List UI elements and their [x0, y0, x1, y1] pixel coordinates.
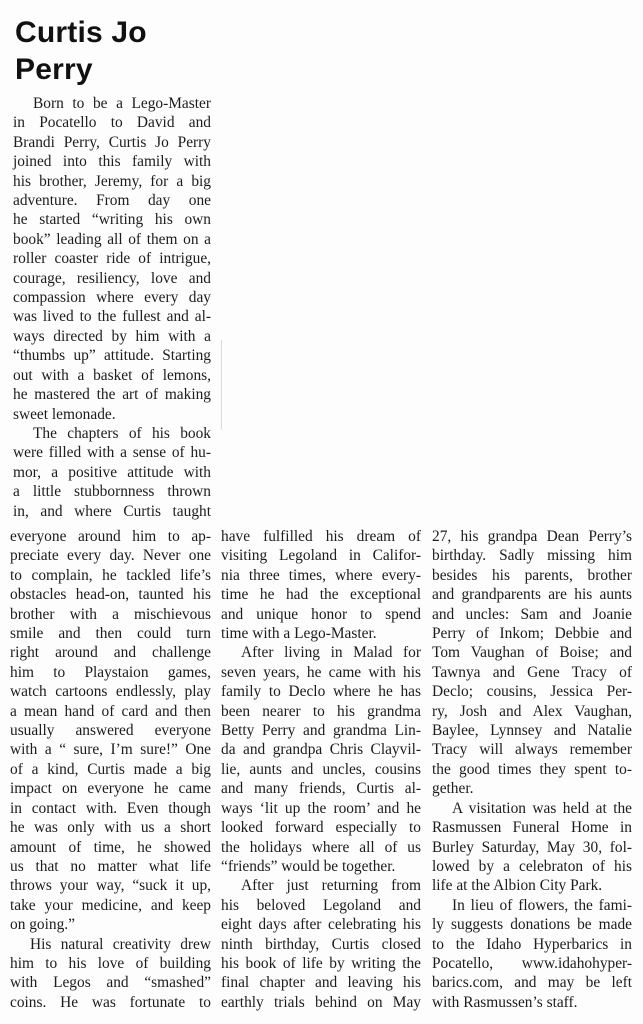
text-line: ly suggests donations be made — [432, 915, 632, 934]
text-line: earthly trials behind on May — [221, 993, 421, 1012]
text-line: After just returning from — [221, 876, 421, 895]
text-line: impact on everyone he came — [10, 779, 211, 798]
text-line: were filled with a sense of hu- — [13, 443, 211, 462]
text-line: Perry of Inkom; Debbie and — [432, 624, 632, 643]
text-line: and many friends, Curtis al- — [221, 779, 421, 798]
text-line: us that no matter what life — [10, 857, 211, 876]
text-line: sweet lemonade. — [13, 405, 211, 424]
text-line: and unique honor to spend — [221, 605, 421, 624]
text-line: Rasmussen Funeral Home in — [432, 818, 632, 837]
text-line: A visitation was held at the — [432, 799, 632, 818]
text-line: ways directed by him with a — [13, 327, 211, 346]
text-line: ninth birthday, Curtis closed — [221, 935, 421, 954]
text-line: of a kind, Curtis made a big — [10, 760, 211, 779]
text-line: his book of life by writing the — [221, 954, 421, 973]
text-line: gether. — [432, 779, 632, 798]
column-1-top: Born to be a Lego-Masterin Pocatello to … — [13, 94, 211, 521]
text-line: 27, his grandpa Dean Perry’s — [432, 527, 632, 546]
text-line: time he had the exceptional — [221, 585, 421, 604]
text-line: besides his parents, brother — [432, 566, 632, 585]
text-line: lowed by a celebraton of his — [432, 857, 632, 876]
text-line: Declo; cousins, Jessica Per- — [432, 682, 632, 701]
text-line: final chapter and leaving his — [221, 973, 421, 992]
text-line: out with a basket of lemons, — [13, 366, 211, 385]
text-line: he was only with us a short — [10, 818, 211, 837]
text-line: nia three times, where every- — [221, 566, 421, 585]
text-line: birthday. Sadly missing him — [432, 546, 632, 565]
text-line: visiting Legoland in Califor- — [221, 546, 421, 565]
text-line: The chapters of his book — [13, 424, 211, 443]
text-line: been nearer to his grandma — [221, 702, 421, 721]
text-line: looked forward especially to — [221, 818, 421, 837]
text-line: watch cartoons endlessly, play — [10, 682, 211, 701]
text-line: everyone around him to ap- — [10, 527, 211, 546]
text-line: in, and where Curtis taught — [13, 502, 211, 521]
text-line: In lieu of flowers, the fami- — [432, 896, 632, 915]
text-line: Tom Vaughan of Boise; and — [432, 643, 632, 662]
text-line: eight days after celebrating his — [221, 915, 421, 934]
column-divider — [221, 340, 222, 430]
text-line: a mean hand of card and then — [10, 702, 211, 721]
text-line: the good times they spent to- — [432, 760, 632, 779]
text-line: have fulfilled his dream of — [221, 527, 421, 546]
text-line: to complain, he tackled life’s — [10, 566, 211, 585]
title-line-1: Curtis Jo — [15, 16, 147, 49]
text-line: he started “writing his own — [13, 210, 211, 229]
text-line: his beloved Legoland and — [221, 896, 421, 915]
text-line: was lived to the fullest and al- — [13, 307, 211, 326]
text-line: Baylee, Lynnsey and Natalie — [432, 721, 632, 740]
text-line: him to his love of building — [10, 954, 211, 973]
text-line: courage, resiliency, love and — [13, 269, 211, 288]
text-line: smile and then could turn — [10, 624, 211, 643]
text-line: Brandi Perry, Curtis Jo Perry — [13, 133, 211, 152]
text-line: Betty Perry and grandma Lin- — [221, 721, 421, 740]
text-line: brother with a mischievous — [10, 605, 211, 624]
text-line: throws your way, “suck it up, — [10, 876, 211, 895]
text-line: barics.com, and may be left — [432, 973, 632, 992]
text-line: with Rasmussen’s staff. — [432, 993, 632, 1012]
text-line: time with a Lego-Master. — [221, 624, 421, 643]
text-line: with a “ sure, I’m sure!” One — [10, 740, 211, 759]
text-line: ry, Josh and Alex Vaughan, — [432, 702, 632, 721]
obituary-page: Curtis Jo Perry Born to be a Lego-Master… — [0, 0, 643, 1024]
text-line: “friends” would be together. — [221, 857, 421, 876]
text-line: in Pocatello to David and — [13, 113, 211, 132]
text-line: and grandparents are his aunts — [432, 585, 632, 604]
text-line: coins. He was fortunate to — [10, 993, 211, 1012]
text-line: right around and challenge — [10, 643, 211, 662]
text-line: to the Idaho Hyperbarics in — [432, 935, 632, 954]
text-line: and uncles: Sam and Joanie — [432, 605, 632, 624]
text-line: preciate every day. Never one — [10, 546, 211, 565]
text-line: “thumbs up” attitude. Starting — [13, 346, 211, 365]
text-line: ways ‘lit up the room’ and he — [221, 799, 421, 818]
column-3: 27, his grandpa Dean Perry’sbirthday. Sa… — [432, 527, 632, 1012]
text-line: amount of time, he showed — [10, 838, 211, 857]
text-line: joined into this family with — [13, 152, 211, 171]
text-line: usually answered everyone — [10, 721, 211, 740]
text-line: book” leading all of them on a — [13, 230, 211, 249]
text-line: life at the Albion City Park. — [432, 876, 632, 895]
text-line: take your medicine, and keep — [10, 896, 211, 915]
text-line: on going.” — [10, 915, 211, 934]
text-line: he mastered the art of making — [13, 385, 211, 404]
text-line: family to Declo where he has — [221, 682, 421, 701]
text-line: Tawnya and Gene Tracy of — [432, 663, 632, 682]
text-line: lie, aunts and uncles, cousins — [221, 760, 421, 779]
text-line: with Legos and “smashed” — [10, 973, 211, 992]
column-2: have fulfilled his dream ofvisiting Lego… — [221, 527, 421, 1012]
text-line: da and grandpa Chris Clayvil- — [221, 740, 421, 759]
text-line: in contact with. Even though — [10, 799, 211, 818]
text-line: mor, a positive attitude with — [13, 463, 211, 482]
text-line: roller coaster ride of intrigue, — [13, 249, 211, 268]
text-line: the holidays where all of us — [221, 838, 421, 857]
text-line: a little stubbornness thrown — [13, 482, 211, 501]
text-line: Tracy will always remember — [432, 740, 632, 759]
text-line: obstacles head-on, taunted his — [10, 585, 211, 604]
text-line: After living in Malad for — [221, 643, 421, 662]
text-line: adventure. From day one — [13, 191, 211, 210]
text-line: His natural creativity drew — [10, 935, 211, 954]
obituary-title: Curtis Jo Perry — [15, 14, 215, 88]
column-1-bottom: everyone around him to ap-preciate every… — [10, 527, 211, 1012]
text-line: Burley Saturday, May 30, fol- — [432, 838, 632, 857]
title-line-2: Perry — [15, 53, 93, 86]
text-line: seven years, he came with his — [221, 663, 421, 682]
text-line: his brother, Jeremy, for a big — [13, 172, 211, 191]
text-line: compassion where every day — [13, 288, 211, 307]
text-line: Pocatello, www.idahohyper- — [432, 954, 632, 973]
text-line: Born to be a Lego-Master — [13, 94, 211, 113]
text-line: him to Playstaion games, — [10, 663, 211, 682]
